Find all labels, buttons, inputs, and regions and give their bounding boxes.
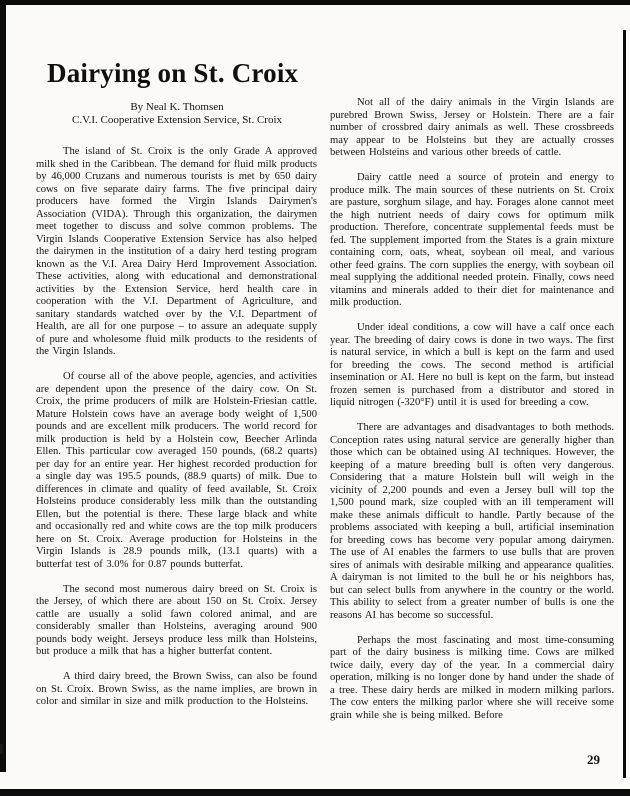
page-number: 29 <box>587 752 600 768</box>
article-paragraph: Of course all of the above people, agenc… <box>36 371 317 571</box>
article-paragraph: A third dairy breed, the Brown Swiss, ca… <box>36 671 317 709</box>
article-paragraph: Not all of the dairy animals in the Virg… <box>330 97 614 160</box>
article-paragraph: Under ideal conditions, a cow will have … <box>330 322 614 410</box>
right-text-column: Not all of the dairy animals in the Virg… <box>330 97 614 722</box>
article-paragraph: Perhaps the most fascinating and most ti… <box>330 635 614 723</box>
scan-border-artifact <box>0 744 3 754</box>
scanned-document-page: Dairying on St. Croix By Neal K. Thomsen… <box>0 0 630 796</box>
byline-author: By Neal K. Thomsen <box>36 101 318 114</box>
article-paragraph: There are advantages and disadvantages t… <box>330 422 614 622</box>
article-paragraph: The island of St. Croix is the only Grad… <box>36 146 317 359</box>
scan-border-right <box>623 30 626 778</box>
scan-border-left <box>0 0 6 772</box>
article-paragraph: The second most numerous dairy breed on … <box>36 584 317 659</box>
byline-block: By Neal K. Thomsen C.V.I. Cooperative Ex… <box>36 101 318 127</box>
scan-border-top <box>0 0 630 5</box>
scan-border-bottom <box>0 789 630 796</box>
page-title: Dairying on St. Croix <box>47 58 337 88</box>
left-text-column: The island of St. Croix is the only Grad… <box>36 146 317 709</box>
byline-affiliation: C.V.I. Cooperative Extension Service, St… <box>36 114 318 127</box>
article-paragraph: Dairy cattle need a source of protein an… <box>330 172 614 310</box>
